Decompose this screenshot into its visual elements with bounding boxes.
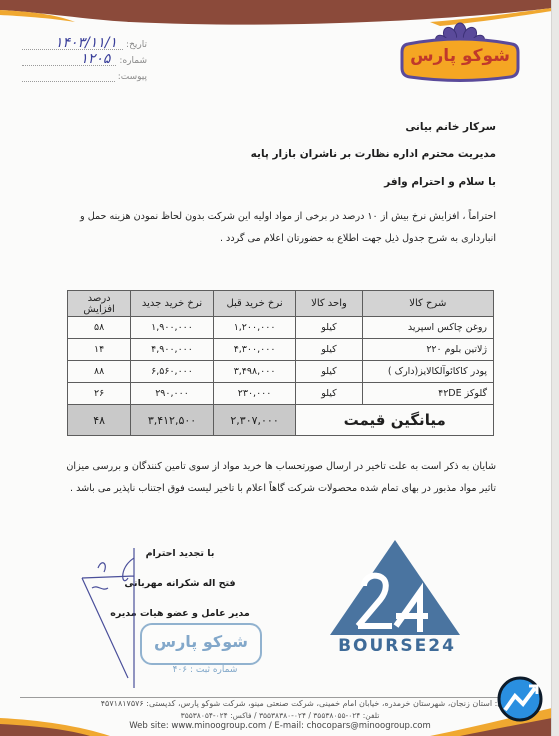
cell-new-price: ۶,۵۶۰,۰۰۰ xyxy=(131,361,214,383)
signature-scribble-icon xyxy=(78,548,138,688)
table-row: گلوکز ۴۲DE کیلو ۲۳۰,۰۰۰ ۲۹۰,۰۰۰ ۲۶ xyxy=(68,383,494,405)
cell-description: گلوکز ۴۲DE xyxy=(362,383,493,405)
cell-old-price: ۴,۳۰۰,۰۰۰ xyxy=(213,339,296,361)
header-new-price: نرخ خرید جدید xyxy=(131,291,214,317)
attachment-field: پیوست: xyxy=(22,68,147,82)
logo-text: شوکو پارس xyxy=(398,46,522,66)
header-description: شرح کالا xyxy=(362,291,493,317)
header-unit: واحد کالا xyxy=(296,291,362,317)
cell-description: پودر کاکائوآلکالایز(دارک ) xyxy=(362,361,493,383)
company-logo: شوکو پارس xyxy=(398,22,522,84)
scan-edge xyxy=(551,0,559,736)
date-value: ۱۴۰۳/۱۱/۱ xyxy=(55,35,117,51)
table-row: پودر کاکائوآلکالایز(دارک ) کیلو ۳,۴۹۸,۰۰… xyxy=(68,361,494,383)
footer-divider xyxy=(20,697,520,698)
cell-new-price: ۴,۹۰۰,۰۰۰ xyxy=(131,339,214,361)
attachment-label: پیوست: xyxy=(118,72,147,82)
cell-old-price: ۱,۲۰۰,۰۰۰ xyxy=(213,317,296,339)
company-stamp: شوکو پارس xyxy=(140,623,262,665)
table-row: روغن چاکس اسپرید کیلو ۱,۲۰۰,۰۰۰ ۱,۹۰۰,۰۰… xyxy=(68,317,494,339)
cell-unit: کیلو xyxy=(296,361,362,383)
footer-phones: تلفن: ۰۲۴-۳۵۵۳۸۰۵۵ / ۰۲۴-۳۵۵۳۸۳۸۰ / فاکس… xyxy=(80,711,480,720)
letter-page: تاریخ: ۱۴۰۳/۱۱/۱ شماره: ۱۲۰۵ پیوست: شوکو… xyxy=(0,0,552,736)
cell-unit: کیلو xyxy=(296,317,362,339)
total-increase-percent: ۴۸ xyxy=(68,405,131,436)
footer-address: نشانی: استان زنجان، شهرستان خرمدره، خیاب… xyxy=(20,699,518,708)
table-total-row: میانگین قیمت ۲,۳۰۷,۰۰۰ ۳,۴۱۲,۵۰۰ ۴۸ xyxy=(68,405,494,436)
watermark-text: BOURSE24 xyxy=(333,636,461,656)
header-old-price: نرخ خرید قبل xyxy=(213,291,296,317)
number-label: شماره: xyxy=(119,56,147,66)
cell-description: ژلاتین بلوم ۲۲۰ xyxy=(362,339,493,361)
cell-increase-percent: ۵۸ xyxy=(68,317,131,339)
reference-fields: تاریخ: ۱۴۰۳/۱۱/۱ شماره: ۱۲۰۵ پیوست: xyxy=(22,36,147,84)
date-label: تاریخ: xyxy=(126,40,147,50)
cell-unit: کیلو xyxy=(296,383,362,405)
table-header-row: شرح کالا واحد کالا نرخ خرید قبل نرخ خرید… xyxy=(68,291,494,317)
addressee-name: سرکار خانم بیانی xyxy=(76,121,496,133)
closing-paragraph: شایان به ذکر است به علت تاخیر در ارسال ص… xyxy=(56,456,496,500)
stamp-registration-number: شماره ثبت : ۴۰۶ xyxy=(150,665,260,675)
cell-new-price: ۲۹۰,۰۰۰ xyxy=(131,383,214,405)
cell-increase-percent: ۲۶ xyxy=(68,383,131,405)
cell-old-price: ۲۳۰,۰۰۰ xyxy=(213,383,296,405)
cell-new-price: ۱,۹۰۰,۰۰۰ xyxy=(131,317,214,339)
footer-web: Web site: www.minoogroup.com / E-mail: c… xyxy=(80,721,480,731)
greeting: با سلام و احترام وافر xyxy=(76,176,496,188)
intro-paragraph: احتراماً ، افزایش نرخ بیش از ۱۰ درصد در … xyxy=(56,206,496,250)
cell-description: روغن چاکس اسپرید xyxy=(362,317,493,339)
total-label: میانگین قیمت xyxy=(296,405,494,436)
total-old-price: ۲,۳۰۷,۰۰۰ xyxy=(213,405,296,436)
cell-increase-percent: ۱۴ xyxy=(68,339,131,361)
price-increase-table: شرح کالا واحد کالا نرخ خرید قبل نرخ خرید… xyxy=(67,290,494,436)
cell-old-price: ۳,۴۹۸,۰۰۰ xyxy=(213,361,296,383)
number-field: شماره: ۱۲۰۵ xyxy=(22,52,147,66)
cell-unit: کیلو xyxy=(296,339,362,361)
header-increase-percent: درصد افزایش xyxy=(68,291,131,317)
date-field: تاریخ: ۱۴۰۳/۱۱/۱ xyxy=(22,36,147,50)
total-new-price: ۳,۴۱۲,۵۰۰ xyxy=(131,405,214,436)
table-row: ژلاتین بلوم ۲۲۰ کیلو ۴,۳۰۰,۰۰۰ ۴,۹۰۰,۰۰۰… xyxy=(68,339,494,361)
number-value: ۱۲۰۵ xyxy=(80,51,110,67)
cell-increase-percent: ۸۸ xyxy=(68,361,131,383)
addressee-department: مدیریت محترم اداره نظارت بر ناشران بازار… xyxy=(76,148,496,160)
trend-chart-badge-icon xyxy=(497,676,543,722)
